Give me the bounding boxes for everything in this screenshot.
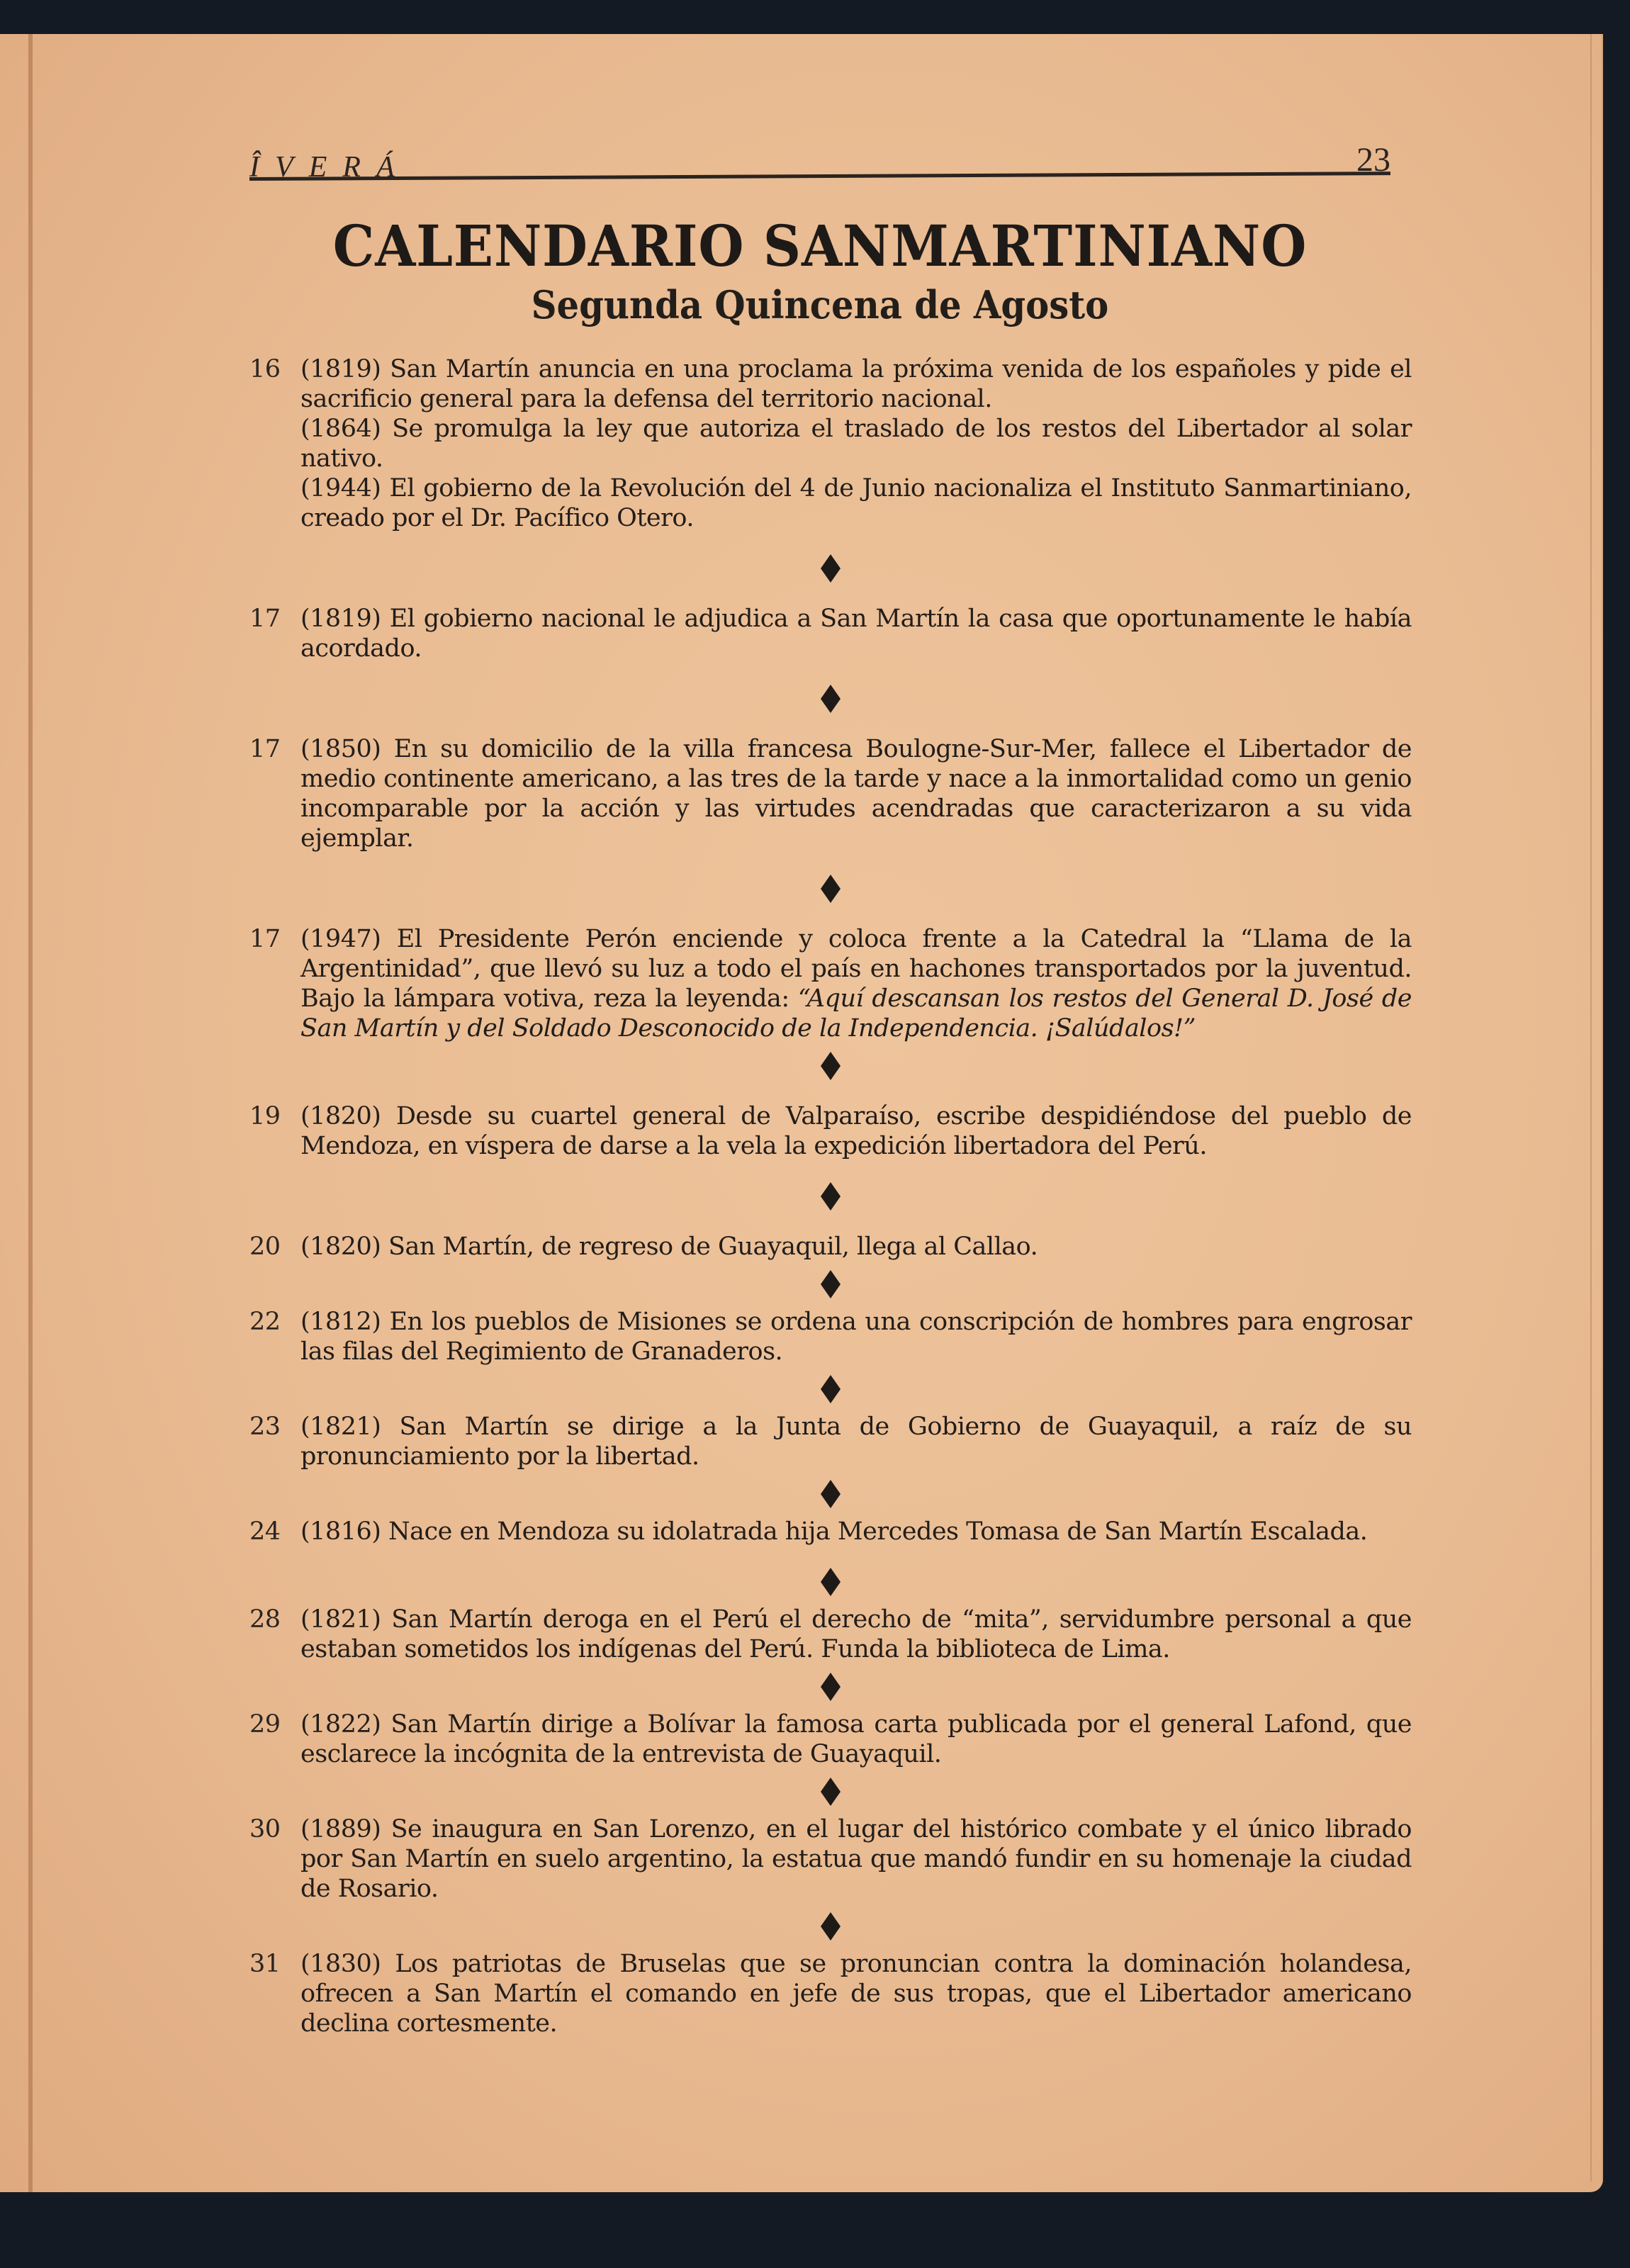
entry-event: (1850) En su domicilio de la villa franc… [300, 734, 1412, 853]
entry-text: El gobierno de la Revolución del 4 de Ju… [300, 474, 1412, 532]
calendar-entry: 28 (1821) San Martín deroga en el Perú e… [249, 1605, 1412, 1664]
calendar-entries: 16 (1819) San Martín anuncia en una proc… [249, 354, 1412, 2038]
entry-text: Nace en Mendoza su idolatrada hija Merce… [388, 1517, 1367, 1546]
calendar-entry: 31 (1830) Los patriotas de Bruselas que … [249, 1949, 1412, 2038]
diamond-ornament-icon [821, 1270, 841, 1298]
entry-text: San Martín dirige a Bolívar la famosa ca… [300, 1710, 1412, 1768]
entry-year: (1812) [300, 1308, 381, 1336]
entry-event: (1822) San Martín dirige a Bolívar la fa… [300, 1710, 1412, 1769]
entry-event: (1820) San Martín, de regreso de Guayaqu… [300, 1232, 1412, 1262]
entry-day: 17 [249, 924, 281, 954]
calendar-entry: 17 (1819) El gobierno nacional le adjudi… [249, 604, 1412, 663]
entry-event: (1830) Los patriotas de Bruselas que se … [300, 1949, 1412, 2038]
entry-event: (1812) En los pueblos de Misiones se ord… [300, 1307, 1412, 1366]
entry-day: 16 [249, 354, 281, 384]
entry-text: En su domicilio de la villa francesa Bou… [300, 735, 1412, 853]
entry-day: 28 [249, 1605, 281, 1634]
entry-year: (1864) [300, 415, 381, 443]
entry-year: (1819) [300, 355, 381, 383]
entry-event: (1821) San Martín se dirige a la Junta d… [300, 1412, 1412, 1471]
entry-day: 29 [249, 1710, 281, 1739]
separator [249, 1673, 1412, 1701]
entry-day: 24 [249, 1517, 281, 1546]
diamond-ornament-icon [821, 1480, 841, 1508]
entry-event: (1889) Se inaugura en San Lorenzo, en el… [300, 1814, 1412, 1904]
entry-day: 31 [249, 1949, 281, 1979]
diamond-ornament-icon [821, 1568, 841, 1596]
calendar-entry: 30 (1889) Se inaugura en San Lorenzo, en… [249, 1814, 1412, 1904]
entry-event: (1864) Se promulga la ley que autoriza e… [300, 414, 1412, 473]
entry-event: (1944) El gobierno de la Revolución del … [300, 473, 1412, 533]
entry-event: (1820) Desde su cuartel general de Valpa… [300, 1101, 1412, 1161]
separator [249, 1912, 1412, 1941]
entry-year: (1822) [300, 1710, 381, 1739]
entry-year: (1821) [300, 1413, 381, 1441]
entry-year: (1816) [300, 1517, 381, 1546]
entry-text: El gobierno nacional le adjudica a San M… [300, 605, 1412, 663]
entry-text: San Martín anuncia en una proclama la pr… [300, 355, 1412, 413]
page-edge [1590, 34, 1603, 2182]
entry-day: 23 [249, 1412, 281, 1442]
entry-day: 30 [249, 1814, 281, 1844]
diamond-ornament-icon [821, 1375, 841, 1403]
entry-year: (1820) [300, 1233, 381, 1261]
diamond-ornament-icon [821, 554, 841, 583]
entry-text: Se promulga la ley que autoriza el trasl… [300, 415, 1412, 473]
entry-year: (1944) [300, 474, 381, 503]
entry-day: 17 [249, 604, 281, 634]
entry-text: San Martín se dirige a la Junta de Gobie… [300, 1413, 1412, 1471]
separator [249, 685, 1412, 713]
calendar-entry: 16 (1819) San Martín anuncia en una proc… [249, 354, 1412, 533]
entry-event: (1821) San Martín deroga en el Perú el d… [300, 1605, 1412, 1664]
entry-text: San Martín deroga en el Perú el derecho … [300, 1605, 1412, 1663]
separator [249, 1375, 1412, 1403]
diamond-ornament-icon [821, 1673, 841, 1701]
separator [249, 1270, 1412, 1298]
separator [249, 1480, 1412, 1508]
calendar-entry: 23 (1821) San Martín se dirige a la Junt… [249, 1412, 1412, 1471]
separator [249, 1052, 1412, 1080]
diamond-ornament-icon [821, 1052, 841, 1080]
calendar-entry: 19 (1820) Desde su cuartel general de Va… [249, 1101, 1412, 1161]
entry-year: (1850) [300, 735, 381, 763]
calendar-entry: 20 (1820) San Martín, de regreso de Guay… [249, 1232, 1412, 1262]
entry-day: 19 [249, 1101, 281, 1131]
calendar-entry: 24 (1816) Nace en Mendoza su idolatrada … [249, 1517, 1412, 1546]
separator [249, 1568, 1412, 1596]
entry-text: San Martín, de regreso de Guayaquil, lle… [388, 1233, 1038, 1261]
diamond-ornament-icon [821, 685, 841, 713]
entry-year: (1889) [300, 1815, 381, 1843]
separator [249, 1182, 1412, 1211]
diamond-ornament-icon [821, 1912, 841, 1941]
entry-event: (1819) El gobierno nacional le adjudica … [300, 604, 1412, 663]
entry-year: (1821) [300, 1605, 381, 1634]
entry-year: (1819) [300, 605, 381, 633]
diamond-ornament-icon [821, 875, 841, 903]
calendar-entry: 29 (1822) San Martín dirige a Bolívar la… [249, 1710, 1412, 1769]
entry-year: (1830) [300, 1950, 381, 1978]
entry-text: Se inaugura en San Lorenzo, en el lugar … [300, 1815, 1412, 1903]
entry-text: En los pueblos de Misiones se ordena una… [300, 1308, 1412, 1366]
entry-event: (1819) San Martín anuncia en una proclam… [300, 354, 1412, 414]
page-title: CALENDARIO SANMARTINIANO [295, 213, 1344, 279]
calendar-entry: 17 (1947) El Presidente Perón enciende y… [249, 924, 1412, 1043]
calendar-entry: 17 (1850) En su domicilio de la villa fr… [249, 734, 1412, 853]
entry-year: (1820) [300, 1102, 381, 1130]
entry-day: 22 [249, 1307, 281, 1337]
separator [249, 1778, 1412, 1806]
entry-day: 20 [249, 1232, 281, 1262]
entry-day: 17 [249, 734, 281, 764]
entry-event: (1816) Nace en Mendoza su idolatrada hij… [300, 1517, 1412, 1546]
entry-text: Desde su cuartel general de Valparaíso, … [300, 1102, 1412, 1160]
entry-year: (1947) [300, 925, 381, 953]
calendar-entry: 22 (1812) En los pueblos de Misiones se … [249, 1307, 1412, 1366]
diamond-ornament-icon [821, 1778, 841, 1806]
page-subtitle: Segunda Quincena de Agosto [295, 282, 1344, 327]
entry-text: Los patriotas de Bruselas que se pronunc… [300, 1950, 1412, 2038]
entry-event: (1947) El Presidente Perón enciende y co… [300, 924, 1412, 1043]
diamond-ornament-icon [821, 1182, 841, 1211]
separator [249, 875, 1412, 903]
separator [249, 554, 1412, 583]
page-spine [28, 34, 33, 2192]
